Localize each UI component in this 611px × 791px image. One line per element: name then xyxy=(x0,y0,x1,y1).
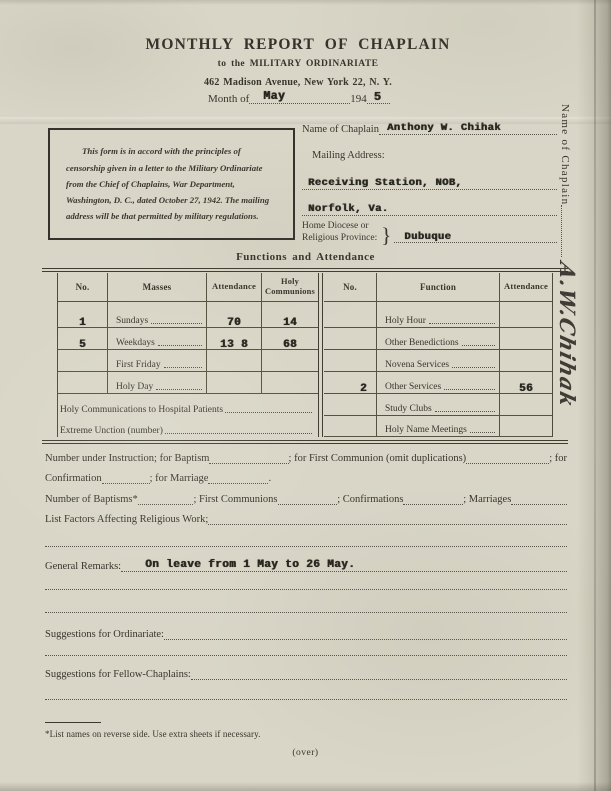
suggestions-fellow-line: Suggestions for Fellow-Chaplains: xyxy=(45,664,567,682)
cell-mass-label: First Friday xyxy=(108,350,207,372)
chaplain-name-field: Anthony W. Chihak xyxy=(379,134,557,135)
cell-no xyxy=(324,350,377,372)
mailing-address-line2: Norfolk, Va. xyxy=(302,200,557,218)
cell-no xyxy=(324,394,377,416)
censorship-notice-text: This form is in accord with the principl… xyxy=(50,139,293,228)
scan-top-shadow xyxy=(0,0,611,5)
year-prefix: 194 xyxy=(350,93,367,106)
cell-mass-label: Holy Day xyxy=(108,372,207,394)
col-header-attendance: Attendance xyxy=(207,273,262,302)
form-address: 462 Madison Avenue, New York 22, N. Y. xyxy=(0,77,596,88)
month-value: May xyxy=(263,90,285,104)
ruled-line xyxy=(45,696,567,702)
marriage-field xyxy=(208,483,268,484)
col-header-masses: Masses xyxy=(108,273,207,302)
cell-no: 5 xyxy=(58,328,108,350)
cell-no: 1 xyxy=(58,302,108,328)
general-remarks-line: General Remarks: On leave from 1 May to … xyxy=(45,556,567,574)
confirmations-field xyxy=(403,504,463,505)
cell-communions: 68 xyxy=(262,328,318,350)
cell-function-label: Holy Name Meetings xyxy=(377,416,500,437)
cell-no xyxy=(324,328,377,350)
remarks-value: On leave from 1 May to 26 May. xyxy=(145,559,355,572)
masses-subtable: No. Masses Attendance Holy Communions 1 … xyxy=(57,273,318,437)
table-center-divider xyxy=(318,273,323,437)
functions-table: No. Masses Attendance Holy Communions 1 … xyxy=(57,273,553,437)
col-header-function: Function xyxy=(377,273,500,302)
chaplain-name-line: Name of Chaplain Anthony W. Chihak xyxy=(302,119,557,137)
instruction-line-1: Number under Instruction; for Baptism ; … xyxy=(45,448,567,466)
double-rule-top xyxy=(42,268,568,272)
mailing-address-line1: Receiving Station, NOB, xyxy=(302,174,557,192)
cell-attendance xyxy=(207,350,262,372)
suggestions-ordinariate-line: Suggestions for Ordinariate: xyxy=(45,624,567,642)
censorship-notice-box: This form is in accord with the principl… xyxy=(48,128,295,240)
brace-glyph: } xyxy=(381,226,391,245)
cell-communions: 14 xyxy=(262,302,318,328)
col-header-no: No. xyxy=(58,273,108,302)
sacraments-line: Number of Baptisms* ; First Communions ;… xyxy=(45,489,567,507)
diocese-field: Dubuque xyxy=(394,242,557,243)
handwritten-signature: A.W.Chihak xyxy=(555,260,580,411)
cell-attendance xyxy=(207,372,262,394)
footnote-rule xyxy=(45,722,101,723)
cell-function-label: Study Clubs xyxy=(377,394,500,416)
col-header-communions: Holy Communions xyxy=(262,273,318,302)
mailing-address-field2: Norfolk, Va. xyxy=(302,215,557,216)
year-value: 5 xyxy=(374,90,382,104)
suggestions-ordinariate-field xyxy=(164,639,567,640)
cell-no xyxy=(324,302,377,328)
footnote-text: *List names on reverse side. Use extra s… xyxy=(45,729,261,739)
over-label: (over) xyxy=(0,748,611,758)
cell-no xyxy=(58,372,108,394)
cell-attendance: 56 xyxy=(500,372,552,394)
cell-attendance: 13 8 xyxy=(207,328,262,350)
month-line: Month of May 194 5 xyxy=(208,88,390,106)
cell-mass-label: Sundays xyxy=(108,302,207,328)
factors-field xyxy=(208,524,567,525)
cell-function-label: Other Benedictions xyxy=(377,328,500,350)
cell-communions xyxy=(262,372,318,394)
form-title: MONTHLY REPORT OF CHAPLAIN xyxy=(0,36,596,54)
margin-dots xyxy=(561,205,562,257)
col-header-no: No. xyxy=(324,273,377,302)
diocese-value: Dubuque xyxy=(404,231,451,243)
diocese-label: Home Diocese or Religious Province: xyxy=(302,221,377,245)
margin-label: Name of Chaplain xyxy=(559,104,571,205)
diocese-line: Home Diocese or Religious Province: } Du… xyxy=(302,219,557,245)
mailing-address-field1: Receiving Station, NOB, xyxy=(302,189,557,190)
cell-attendance xyxy=(500,350,552,372)
cell-attendance xyxy=(500,302,552,328)
cell-no: 2 xyxy=(324,372,377,394)
cell-attendance xyxy=(500,416,552,437)
ruled-line xyxy=(45,543,567,549)
communions-field xyxy=(278,504,338,505)
functions-subtable: No. Function Attendance Holy Hour Other … xyxy=(324,273,553,437)
cell-function-label: Novena Services xyxy=(377,350,500,372)
factors-line: List Factors Affecting Religious Work; xyxy=(45,509,567,527)
confirmation-field xyxy=(102,483,150,484)
cell-no xyxy=(324,416,377,437)
remarks-field: On leave from 1 May to 26 May. xyxy=(121,571,567,572)
year-field: 5 xyxy=(367,103,390,104)
mailing-address-value2: Norfolk, Va. xyxy=(308,203,388,216)
cell-attendance: 70 xyxy=(207,302,262,328)
ruled-line xyxy=(45,586,567,592)
double-rule-bottom xyxy=(42,440,568,444)
hospital-patients-row: Holy Communications to Hospital Patients xyxy=(58,394,318,416)
cell-attendance xyxy=(500,394,552,416)
margin-name-of-chaplain: Name of Chaplain A.W.Chihak xyxy=(559,104,584,408)
scanned-chaplain-report: MONTHLY REPORT OF CHAPLAIN to the MILITA… xyxy=(0,0,611,791)
cell-communions xyxy=(262,350,318,372)
mailing-address-value1: Receiving Station, NOB, xyxy=(308,177,462,190)
section-title: Functions and Attendance xyxy=(0,251,611,263)
scan-fold-line xyxy=(594,0,596,791)
cell-attendance xyxy=(500,328,552,350)
form-subtitle: to the MILITARY ORDINARIATE xyxy=(0,59,596,69)
suggestions-fellow-field xyxy=(191,679,567,680)
baptisms-field xyxy=(138,504,194,505)
ruled-line xyxy=(45,652,567,658)
cell-function-label: Other Services xyxy=(377,372,500,394)
instruction-line-2: Confirmation ; for Marriage . xyxy=(45,468,567,486)
baptism-field xyxy=(209,463,288,464)
chaplain-name-label: Name of Chaplain xyxy=(302,124,379,137)
cell-function-label: Holy Hour xyxy=(377,302,500,328)
cell-no xyxy=(58,350,108,372)
scan-bottom-shadow xyxy=(0,782,611,791)
extreme-unction-row: Extreme Unction (number) xyxy=(58,416,318,437)
chaplain-name-value: Anthony W. Chihak xyxy=(387,122,501,135)
month-field: May xyxy=(249,103,350,104)
col-header-attendance: Attendance xyxy=(500,273,552,302)
ruled-line xyxy=(45,609,567,615)
marriages-field xyxy=(511,504,567,505)
month-label: Month of xyxy=(208,93,249,106)
mailing-address-label: Mailing Address: xyxy=(312,150,385,161)
cell-mass-label: Weekdays xyxy=(108,328,207,350)
first-communion-field xyxy=(466,463,549,464)
